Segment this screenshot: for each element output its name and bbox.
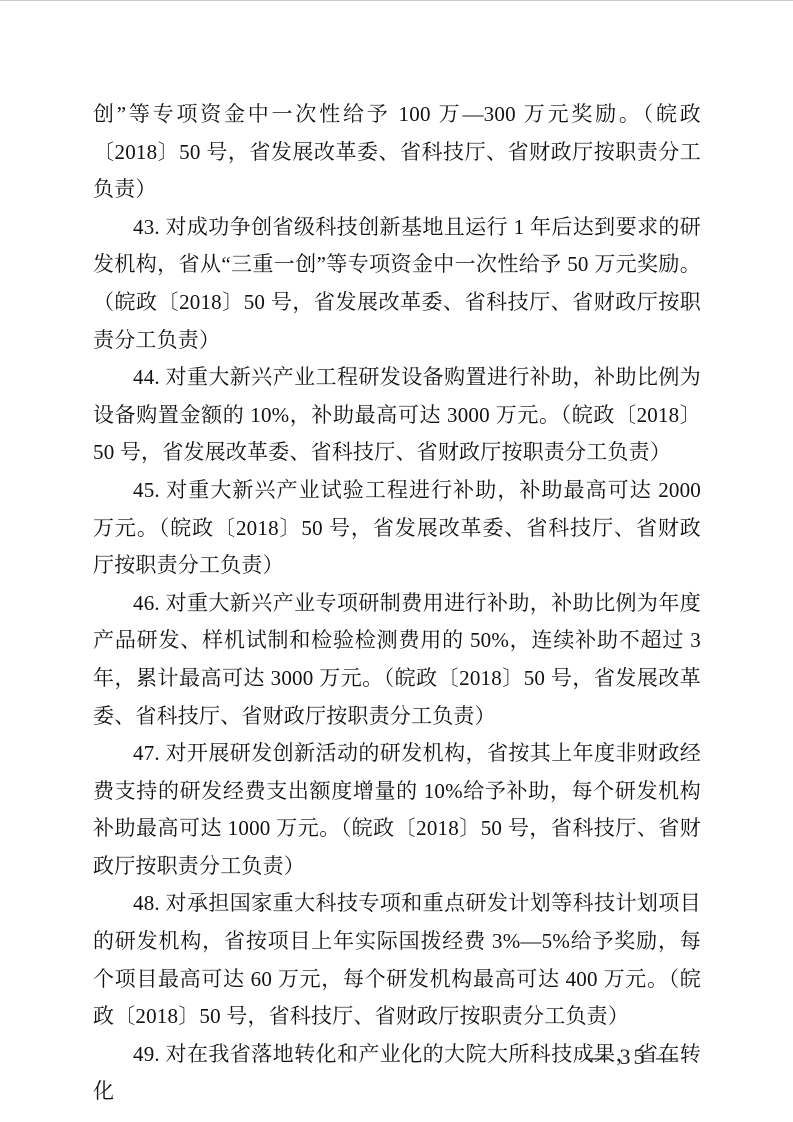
paragraph-42-continuation: 创”等专项资金中一次性给予 100 万—300 万元奖励。（皖政〔2018〕50… xyxy=(93,96,701,209)
paragraph-45: 45. 对重大新兴产业试验工程进行补助，补助最高可达 2000 万元。（皖政〔2… xyxy=(93,472,701,585)
paragraph-44: 44. 对重大新兴产业工程研发设备购置进行补助，补助比例为设备购置金额的 10%… xyxy=(93,359,701,472)
document-body: 创”等专项资金中一次性给予 100 万—300 万元奖励。（皖政〔2018〕50… xyxy=(93,96,701,1111)
paragraph-48: 48. 对承担国家重大科技专项和重点研发计划等科技计划项目的研发机构，省按项目上… xyxy=(93,885,701,1035)
paragraph-46: 46. 对重大新兴产业专项研制费用进行补助，补助比例为年度产品研发、样机试制和检… xyxy=(93,585,701,735)
page-number: — 35 — xyxy=(586,1042,681,1072)
paragraph-43: 43. 对成功争创省级科技创新基地且运行 1 年后达到要求的研发机构，省从“三重… xyxy=(93,209,701,359)
paragraph-47: 47. 对开展研发创新活动的研发机构，省按其上年度非财政经费支持的研发经费支出额… xyxy=(93,735,701,885)
page-top-edge-line xyxy=(0,0,793,1)
